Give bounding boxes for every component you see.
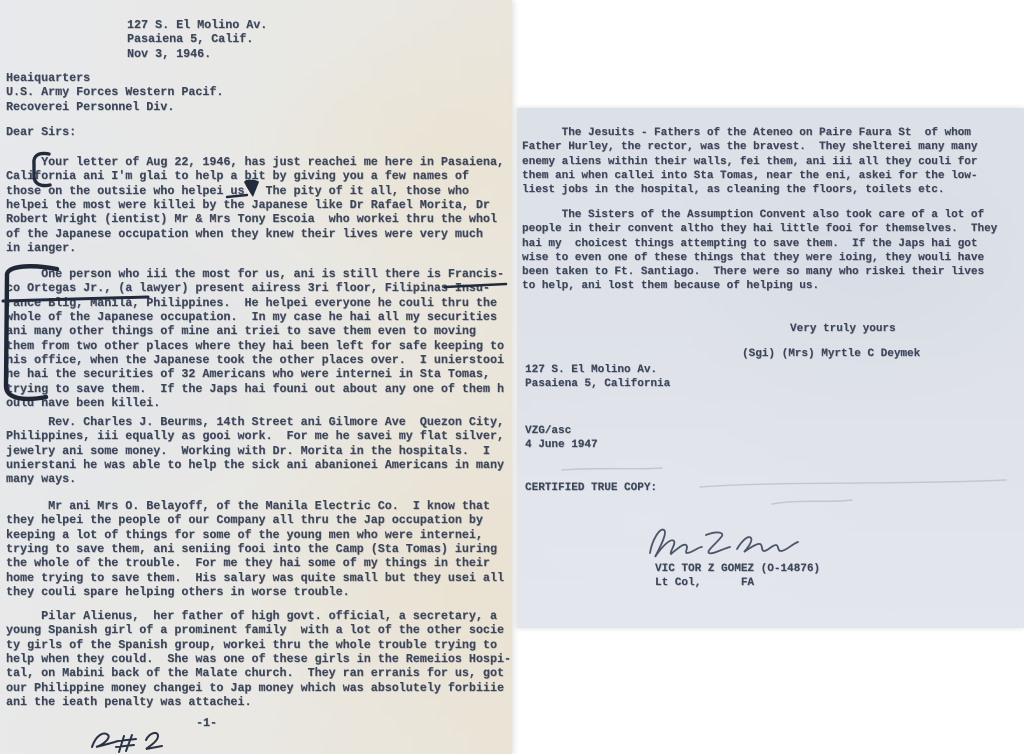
paragraph-jesuits: The Jesuits - Fathers of the Ateneo on P… <box>522 126 977 197</box>
closing-line: Very truly yours <box>790 322 896 336</box>
paragraph-2-francisco-ortegas: One person who iii the most for us, ani … <box>6 267 504 410</box>
sender-address: 127 S. El Molino Av. Pasaiena 5, Calif. … <box>127 18 267 61</box>
paragraph-3-rev-beurms: Rev. Charles J. Beurms, 14th Street ani … <box>6 415 504 487</box>
paragraph-sisters: The Sisters of the Assumption Convent al… <box>522 208 997 294</box>
salutation: Dear Sirs: <box>6 125 76 139</box>
signed-name-line: (Sgi) (Mrs) Myrtle C Deymek <box>742 347 920 361</box>
letter-page-2: The Jesuits - Fathers of the Ateneo on P… <box>517 108 1024 628</box>
paragraph-5-pilar-alienus: Pilar Alienus, her father of high govt. … <box>6 609 511 709</box>
letter-page-1: 127 S. El Molino Av. Pasaiena 5, Calif. … <box>0 0 512 754</box>
sender-address-page2: 127 S. El Molino Av. Pasaiena 5, Califor… <box>525 363 670 392</box>
certified-true-copy-label: CERTIFIED TRUE COPY: <box>525 481 657 495</box>
officer-name-block: VIC TOR Z GOMEZ (O-14876) Lt Col, FA <box>655 562 820 591</box>
reference-and-date: VZG/asc 4 June 1947 <box>525 424 598 453</box>
paragraph-1: Your letter of Aug 22, 1946, has just re… <box>6 155 504 255</box>
paragraph-4-belayoff: Mr ani Mrs O. Belayoff, of the Manila El… <box>6 499 504 599</box>
page-number: -1- <box>196 716 217 730</box>
recipient-address: Heaiquarters U.S. Army Forces Western Pa… <box>6 71 223 114</box>
scanned-letter-document: 127 S. El Molino Av. Pasaiena 5, Calif. … <box>0 0 1024 754</box>
